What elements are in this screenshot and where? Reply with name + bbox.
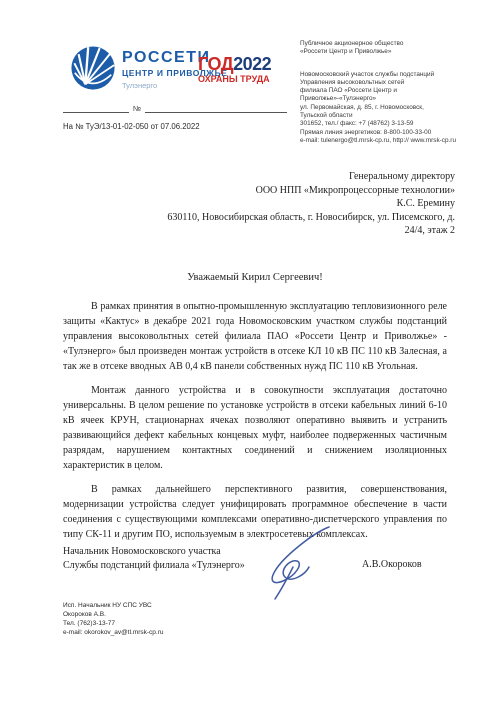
sender-address-line: ул. Первомайская, д. 85, г. Новомосковск… <box>300 104 472 112</box>
body-paragraph-3: В рамках дальнейшего перспективного разв… <box>63 482 447 542</box>
footer-line: e-mail: okorokov_av@tl.mrsk-cp.ru <box>63 628 164 637</box>
sender-company-line: «Россети Центр и Приволжье» <box>300 48 472 56</box>
sender-address-line: филиала ПАО «Россети Центр и Приволжье»-… <box>300 87 472 104</box>
executor-footer: Исп. Начальник НУ СПС УВС Окороков А.В. … <box>63 601 164 637</box>
sender-address-line: Новомосковский участок службы подстанций <box>300 71 472 79</box>
footer-line: Окороков А.В. <box>63 610 164 619</box>
number-symbol: № <box>133 104 141 113</box>
year-badge: ГОД2022 ОХРАНЫ ТРУДА <box>198 56 290 84</box>
footer-line: Тел. (762)3-13-77 <box>63 619 164 628</box>
body-paragraph-2: Монтаж данного устройства и в совокупнос… <box>63 383 447 473</box>
handwritten-signature-icon <box>263 523 335 601</box>
sender-address-line: Прямая линия энергетиков: 8-800-100-33-0… <box>300 129 472 137</box>
signature-block: Начальник Новомосковского участка Службы… <box>63 545 455 572</box>
sender-address-line: e-mail: tulenergo@tl.mrsk-cp.ru, http://… <box>300 137 472 145</box>
recipient-line: Генеральному директору <box>90 170 455 184</box>
recipient-line: 24/4, этаж 2 <box>90 224 455 238</box>
sender-company-line: Публичное акционерное общество <box>300 40 472 48</box>
sender-address-line: Тульской области <box>300 112 472 120</box>
letter-body: В рамках принятия в опытно-промышленную … <box>63 299 447 551</box>
signer-name: А.В.Окороков <box>362 558 422 572</box>
year-badge-top: ГОД2022 <box>198 56 290 73</box>
recipient-line: 630110, Новосибирская область, г. Новоси… <box>90 211 455 225</box>
reference-number-row: № <box>63 103 293 115</box>
recipient-line: К.С. Еремину <box>90 197 455 211</box>
year-badge-word: ГОД <box>198 54 233 74</box>
signer-title-line: Начальник Новомосковского участка <box>63 545 293 559</box>
body-paragraph-1: В рамках принятия в опытно-промышленную … <box>63 299 447 374</box>
recipient-block: Генеральному директору ООО НПП «Микропро… <box>90 170 455 238</box>
rosseti-logo-icon <box>70 45 116 91</box>
reference-on-line: На № ТуЭ/13-01-02-050 от 07.06.2022 <box>63 122 200 131</box>
sender-block: Публичное акционерное общество «Россети … <box>300 40 472 145</box>
signer-title: Начальник Новомосковского участка Службы… <box>63 545 293 572</box>
letter-page: РОССЕТИ ЦЕНТР И ПРИВОЛЖЬЕ Тулэнерго ГОД2… <box>0 0 499 706</box>
number-blank-line <box>145 103 287 113</box>
year-badge-subtitle: ОХРАНЫ ТРУДА <box>198 74 290 84</box>
footer-line: Исп. Начальник НУ СПС УВС <box>63 601 164 610</box>
year-badge-year: 2022 <box>233 54 271 74</box>
salutation: Уважаемый Кирил Сергеевич! <box>63 272 447 283</box>
signer-title-line: Службы подстанций филиала «Тулэнерго» <box>63 559 293 573</box>
recipient-line: ООО НПП «Микропроцессорные технологии» <box>90 184 455 198</box>
date-blank-line <box>63 103 129 113</box>
sender-address-line: Управления высоковольтных сетей <box>300 79 472 87</box>
sender-address-line: 301652, тел./ факс: +7 (48762) 3-13-59 <box>300 120 472 128</box>
spacer <box>300 57 472 71</box>
